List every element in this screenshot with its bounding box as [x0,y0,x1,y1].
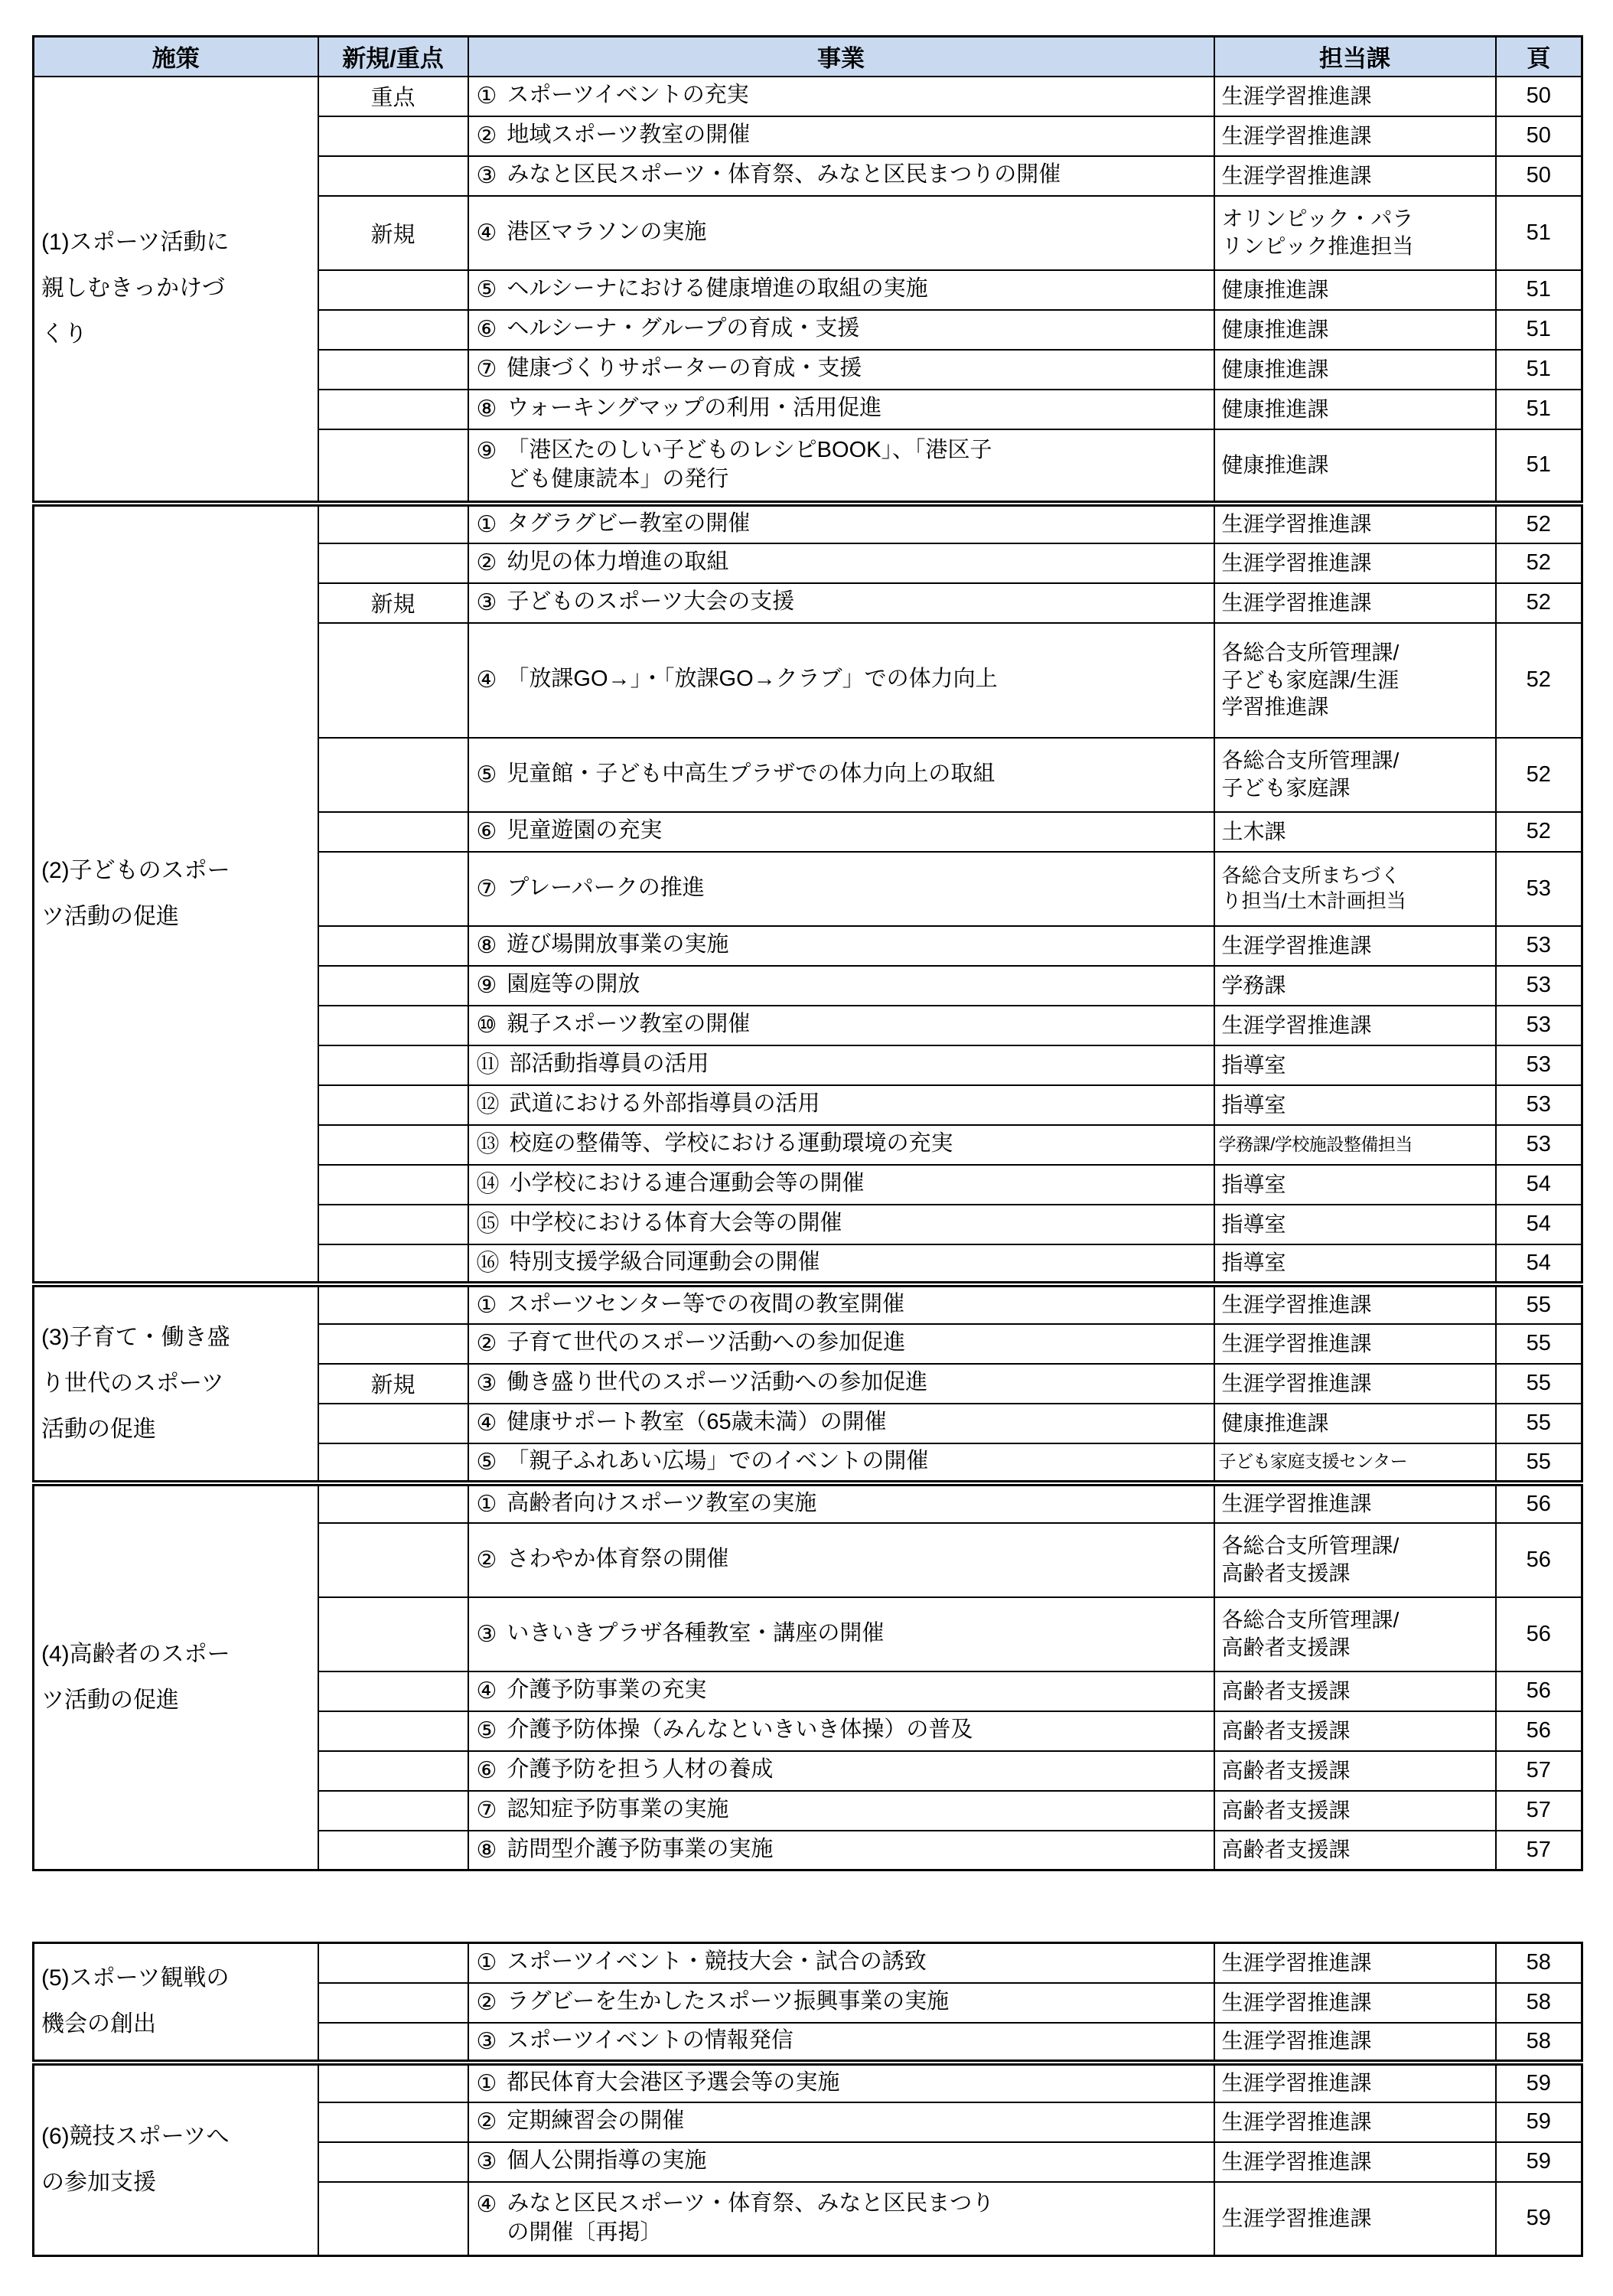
department-cell: 生涯学習推進課 [1214,156,1496,196]
new-priority-tag-cell [318,1983,468,2023]
program-wrap: ①スポーツイベント・競技大会・試合の誘致 [477,1948,1207,1978]
department-cell: 高齢者支援課 [1214,1711,1496,1751]
program-cell: ②ラグビーを生かしたスポーツ振興事業の実施 [468,1983,1214,2023]
policy-cell: (5)スポーツ観戦の 機会の創出 [34,1943,318,2063]
page-number-cell: 53 [1496,966,1582,1006]
program-wrap: ③いきいきプラザ各種教室・講座の開催 [477,1619,1207,1649]
program-wrap: ⑬校庭の整備等、学校における運動環境の充実 [477,1130,1207,1159]
program-title: 健康づくりサポーターの育成・支援 [507,354,862,383]
department-cell: 生涯学習推進課 [1214,116,1496,156]
program-cell: ②地域スポーツ教室の開催 [468,116,1214,156]
department-cell: 高齢者支援課 [1214,1791,1496,1831]
department-cell: 学務課/学校施設整備担当 [1214,1125,1496,1165]
program-title: 地域スポーツ教室の開催 [507,121,750,150]
page-number-cell: 58 [1496,2023,1582,2063]
header-col-dept: 担当課 [1214,37,1496,77]
department-cell: 生涯学習推進課 [1214,926,1496,966]
new-priority-tag-cell [318,1205,468,1244]
program-number: ④ [477,2190,497,2219]
department-cell: 各総合支所まちづく り担当/土木計画担当 [1214,852,1496,926]
program-title: 部活動指導員の活用 [510,1050,709,1079]
new-priority-tag-cell [318,926,468,966]
table-row: (2)子どものスポー ツ活動の促進①タグラグビー教室の開催生涯学習推進課52 [34,504,1582,543]
new-priority-tag-cell [318,1284,468,1324]
program-number: ⑯ [477,1248,500,1278]
program-cell: ⑥児童遊園の充実 [468,812,1214,852]
page-number-cell: 57 [1496,1791,1582,1831]
program-cell: ③いきいきプラザ各種教室・講座の開催 [468,1597,1214,1671]
program-title: 個人公開指導の実施 [507,2147,706,2176]
new-priority-tag-cell: 重点 [318,77,468,116]
new-priority-tag-cell [318,1324,468,1364]
program-number: ⑪ [477,1050,500,1080]
programs-table-1: 施策 新規/重点 事業 担当課 頁 (1)スポーツ活動に 親しむきっかけづ くり… [32,35,1583,1871]
program-title: 校庭の整備等、学校における運動環境の充実 [510,1130,953,1159]
page-number-cell: 59 [1496,2063,1582,2102]
new-priority-tag-cell [318,2102,468,2142]
program-title: 小学校における連合運動会等の開催 [510,1169,865,1199]
program-wrap: ⑩親子スポーツ教室の開催 [477,1010,1207,1040]
table-body-2: (5)スポーツ観戦の 機会の創出①スポーツイベント・競技大会・試合の誘致生涯学習… [34,1943,1582,2256]
program-wrap: ⑧訪問型介護予防事業の実施 [477,1835,1207,1865]
program-cell: ⑧遊び場開放事業の実施 [468,926,1214,966]
program-cell: ④港区マラソンの実施 [468,196,1214,270]
department-cell: 生涯学習推進課 [1214,1943,1496,1983]
department-cell: 生涯学習推進課 [1214,1483,1496,1523]
page-number-cell: 51 [1496,429,1582,504]
program-number: ⑭ [477,1169,500,1199]
program-number: ④ [477,665,497,695]
page-number-cell: 53 [1496,1125,1582,1165]
department-cell: 指導室 [1214,1165,1496,1205]
program-title: 遊び場開放事業の実施 [507,931,728,960]
program-cell: ④健康サポート教室（65歳未満）の開催 [468,1404,1214,1443]
new-priority-tag-cell [318,1597,468,1671]
program-cell: ①スポーツセンター等での夜間の教室開催 [468,1284,1214,1324]
program-title: 介護予防を担う人材の養成 [507,1756,773,1785]
program-cell: ③子どものスポーツ大会の支援 [468,583,1214,623]
program-title: スポーツセンター等での夜間の教室開催 [507,1290,904,1319]
program-title: 健康サポート教室（65歳未満）の開催 [507,1408,886,1437]
page-number-cell: 52 [1496,504,1582,543]
program-title: 定期練習会の開催 [507,2107,684,2136]
program-cell: ①スポーツイベントの充実 [468,77,1214,116]
department-cell: 健康推進課 [1214,270,1496,310]
policy-cell: (6)競技スポーツへ の参加支援 [34,2063,318,2256]
program-wrap: ②定期練習会の開催 [477,2107,1207,2137]
table-row: (6)競技スポーツへ の参加支援①都民体育大会港区予選会等の実施生涯学習推進課5… [34,2063,1582,2102]
program-number: ③ [477,1619,497,1649]
program-cell: ⑦認知症予防事業の実施 [468,1791,1214,1831]
page-number-cell: 53 [1496,1045,1582,1085]
program-title: みなと区民スポーツ・体育祭、みなと区民まつり の開催〔再掲〕 [507,2190,994,2247]
page-number-cell: 52 [1496,583,1582,623]
program-wrap: ①高齢者向けスポーツ教室の実施 [477,1489,1207,1519]
program-cell: ⑭小学校における連合運動会等の開催 [468,1165,1214,1205]
program-wrap: ⑥ヘルシーナ・グループの育成・支援 [477,315,1207,344]
program-cell: ⑫武道における外部指導員の活用 [468,1085,1214,1125]
page-number-cell: 57 [1496,1751,1582,1791]
program-number: ⑥ [477,315,497,344]
program-number: ② [477,121,497,151]
program-cell: ⑪部活動指導員の活用 [468,1045,1214,1085]
program-wrap: ⑭小学校における連合運動会等の開催 [477,1169,1207,1199]
department-cell: 生涯学習推進課 [1214,543,1496,583]
department-cell: 生涯学習推進課 [1214,583,1496,623]
department-cell: 指導室 [1214,1205,1496,1244]
program-number: ④ [477,1408,497,1438]
program-wrap: ⑥介護予防を担う人材の養成 [477,1756,1207,1786]
new-priority-tag-cell: 新規 [318,196,468,270]
program-wrap: ⑧遊び場開放事業の実施 [477,931,1207,960]
page-number-cell: 56 [1496,1671,1582,1711]
new-priority-tag-cell [318,738,468,812]
program-wrap: ⑤「親子ふれあい広場」でのイベントの開催 [477,1447,1207,1477]
program-title: 港区マラソンの実施 [507,218,706,247]
program-wrap: ③子どものスポーツ大会の支援 [477,588,1207,618]
department-cell: 生涯学習推進課 [1214,2023,1496,2063]
program-wrap: ⑨園庭等の開放 [477,970,1207,1000]
page-number-cell: 58 [1496,1983,1582,2023]
program-title: 中学校における体育大会等の開催 [510,1209,842,1238]
page-number-cell: 56 [1496,1483,1582,1523]
new-priority-tag-cell: 新規 [318,583,468,623]
policy-cell: (3)子育て・働き盛 り世代のスポーツ 活動の促進 [34,1284,318,1483]
program-title: 認知症予防事業の実施 [507,1795,728,1825]
new-priority-tag-cell [318,1523,468,1597]
table-row: (5)スポーツ観戦の 機会の創出①スポーツイベント・競技大会・試合の誘致生涯学習… [34,1943,1582,1983]
program-number: ① [477,2069,497,2099]
program-number: ① [477,1290,497,1320]
program-title: 子育て世代のスポーツ活動への参加促進 [507,1329,905,1358]
page-number-cell: 53 [1496,1006,1582,1045]
page-number-cell: 53 [1496,926,1582,966]
department-cell: 各総合支所管理課/ 高齢者支援課 [1214,1597,1496,1671]
new-priority-tag-cell [318,429,468,504]
program-title: 親子スポーツ教室の開催 [507,1010,750,1039]
program-number: ⑤ [477,275,497,305]
new-priority-tag-cell [318,504,468,543]
program-number: ① [477,510,497,540]
program-title: 武道における外部指導員の活用 [510,1090,820,1119]
new-priority-tag-cell [318,1711,468,1751]
program-cell: ⑦健康づくりサポーターの育成・支援 [468,350,1214,390]
department-cell: 生涯学習推進課 [1214,1006,1496,1045]
program-wrap: ⑯特別支援学級合同運動会の開催 [477,1248,1207,1278]
program-wrap: ④介護予防事業の充実 [477,1676,1207,1706]
program-cell: ①スポーツイベント・競技大会・試合の誘致 [468,1943,1214,1983]
new-priority-tag-cell [318,1085,468,1125]
page-number-cell: 50 [1496,116,1582,156]
page-number-cell: 52 [1496,623,1582,738]
page-number-cell: 59 [1496,2182,1582,2256]
program-cell: ⑦プレーパークの推進 [468,852,1214,926]
program-number: ③ [477,2027,497,2056]
policy-cell: (2)子どものスポー ツ活動の促進 [34,504,318,1284]
program-cell: ②幼児の体力増進の取組 [468,543,1214,583]
page-number-cell: 51 [1496,196,1582,270]
programs-table-2: (5)スポーツ観戦の 機会の創出①スポーツイベント・競技大会・試合の誘致生涯学習… [32,1942,1583,2257]
new-priority-tag-cell [318,543,468,583]
new-priority-tag-cell [318,2182,468,2256]
department-cell: 生涯学習推進課 [1214,1364,1496,1404]
program-wrap: ⑤児童館・子ども中高生プラザでの体力向上の取組 [477,760,1207,790]
page-number-cell: 53 [1496,852,1582,926]
department-cell: 健康推進課 [1214,310,1496,350]
program-wrap: ③スポーツイベントの情報発信 [477,2027,1207,2056]
department-cell: 生涯学習推進課 [1214,1983,1496,2023]
page-number-cell: 51 [1496,390,1582,429]
program-wrap: ⑧ウォーキングマップの利用・活用促進 [477,394,1207,424]
program-title: さわやか体育祭の開催 [507,1545,728,1574]
program-title: スポーツイベント・競技大会・試合の誘致 [507,1948,926,1977]
program-number: ⑤ [477,1716,497,1746]
program-cell: ⑧訪問型介護予防事業の実施 [468,1831,1214,1870]
new-priority-tag-cell [318,1483,468,1523]
header-row: 施策 新規/重点 事業 担当課 頁 [34,37,1582,77]
program-number: ③ [477,588,497,618]
department-cell: 学務課 [1214,966,1496,1006]
program-wrap: ②地域スポーツ教室の開催 [477,121,1207,151]
department-cell: 高齢者支援課 [1214,1831,1496,1870]
program-wrap: ⑤ヘルシーナにおける健康増進の取組の実施 [477,275,1207,305]
program-wrap: ①スポーツセンター等での夜間の教室開催 [477,1290,1207,1320]
program-number: ⑨ [477,436,497,466]
program-wrap: ⑫武道における外部指導員の活用 [477,1090,1207,1120]
program-cell: ⑨園庭等の開放 [468,966,1214,1006]
new-priority-tag-cell [318,1045,468,1085]
program-title: 園庭等の開放 [507,970,640,1000]
program-number: ⑮ [477,1209,500,1239]
table-row: (3)子育て・働き盛 り世代のスポーツ 活動の促進①スポーツセンター等での夜間の… [34,1284,1582,1324]
program-title: スポーツイベントの情報発信 [507,2027,793,2056]
program-cell: ②さわやか体育祭の開催 [468,1523,1214,1597]
document-page: 施策 新規/重点 事業 担当課 頁 (1)スポーツ活動に 親しむきっかけづ くり… [0,0,1613,2296]
table-gap [32,1871,1581,1942]
new-priority-tag-cell [318,1125,468,1165]
program-wrap: ②ラグビーを生かしたスポーツ振興事業の実施 [477,1988,1207,2017]
program-title: 幼児の体力増進の取組 [507,548,728,577]
program-cell: ⑥介護予防を担う人材の養成 [468,1751,1214,1791]
policy-cell: (4)高齢者のスポー ツ活動の促進 [34,1483,318,1870]
header-col-page: 頁 [1496,37,1582,77]
department-cell: 各総合支所管理課/ 子ども家庭課 [1214,738,1496,812]
program-number: ⑦ [477,1795,497,1825]
program-wrap: ③個人公開指導の実施 [477,2147,1207,2177]
program-number: ② [477,1329,497,1358]
program-cell: ⑤「親子ふれあい広場」でのイベントの開催 [468,1443,1214,1483]
department-cell: 生涯学習推進課 [1214,2142,1496,2182]
new-priority-tag-cell [318,1943,468,1983]
program-number: ⑦ [477,874,497,904]
page-number-cell: 50 [1496,77,1582,116]
program-title: みなと区民スポーツ・体育祭、みなと区民まつりの開催 [507,161,1061,190]
program-wrap: ②さわやか体育祭の開催 [477,1545,1207,1575]
table-header: 施策 新規/重点 事業 担当課 頁 [34,37,1582,77]
program-wrap: ③働き盛り世代のスポーツ活動への参加促進 [477,1368,1207,1398]
program-title: 「親子ふれあい広場」でのイベントの開催 [507,1447,928,1476]
page-number-cell: 59 [1496,2142,1582,2182]
department-cell: 各総合支所管理課/ 高齢者支援課 [1214,1523,1496,1597]
new-priority-tag-cell [318,1443,468,1483]
header-col-policy: 施策 [34,37,318,77]
program-cell: ⑤児童館・子ども中高生プラザでの体力向上の取組 [468,738,1214,812]
page-number-cell: 52 [1496,812,1582,852]
table-body-1: (1)スポーツ活動に 親しむきっかけづ くり重点①スポーツイベントの充実生涯学習… [34,77,1582,1870]
program-number: ③ [477,1368,497,1398]
new-priority-tag-cell [318,1791,468,1831]
program-title: 「港区たのしい子どものレシピBOOK」、「港区子 ども健康読本」の発行 [507,436,992,494]
new-priority-tag-cell [318,270,468,310]
program-number: ④ [477,1676,497,1706]
program-cell: ②定期練習会の開催 [468,2102,1214,2142]
program-cell: ⑬校庭の整備等、学校における運動環境の充実 [468,1125,1214,1165]
program-number: ② [477,1545,497,1575]
department-cell: 健康推進課 [1214,350,1496,390]
department-cell: 生涯学習推進課 [1214,2182,1496,2256]
program-number: ① [477,1948,497,1978]
department-cell: 生涯学習推進課 [1214,1284,1496,1324]
program-number: ⑤ [477,760,497,790]
program-wrap: ④健康サポート教室（65歳未満）の開催 [477,1408,1207,1438]
program-cell: ⑯特別支援学級合同運動会の開催 [468,1244,1214,1284]
program-wrap: ⑤介護予防体操（みんなといきいき体操）の普及 [477,1716,1207,1746]
program-title: 子どものスポーツ大会の支援 [507,588,794,617]
program-wrap: ④港区マラソンの実施 [477,218,1207,248]
new-priority-tag-cell [318,812,468,852]
program-number: ③ [477,161,497,191]
department-cell: オリンピック・パラ リンピック推進担当 [1214,196,1496,270]
program-title: ヘルシーナ・グループの育成・支援 [507,315,859,344]
program-number: ② [477,1988,497,2017]
program-title: 介護予防体操（みんなといきいき体操）の普及 [507,1716,973,1745]
program-wrap: ①都民体育大会港区予選会等の実施 [477,2069,1207,2099]
page-number-cell: 59 [1496,2102,1582,2142]
program-title: 「放課GO→」・「放課GO→クラブ」での体力向上 [507,665,997,694]
program-wrap: ④「放課GO→」・「放課GO→クラブ」での体力向上 [477,665,1207,695]
department-cell: 生涯学習推進課 [1214,504,1496,543]
page-number-cell: 51 [1496,270,1582,310]
new-priority-tag-cell [318,1404,468,1443]
department-cell: 生涯学習推進課 [1214,2102,1496,2142]
page-number-cell: 52 [1496,738,1582,812]
program-cell: ⑨「港区たのしい子どものレシピBOOK」、「港区子 ども健康読本」の発行 [468,429,1214,504]
department-cell: 指導室 [1214,1045,1496,1085]
department-cell: 生涯学習推進課 [1214,2063,1496,2102]
department-cell: 健康推進課 [1214,390,1496,429]
program-wrap: ⑥児童遊園の充実 [477,817,1207,846]
program-cell: ④みなと区民スポーツ・体育祭、みなと区民まつり の開催〔再掲〕 [468,2182,1214,2256]
page-number-cell: 52 [1496,543,1582,583]
new-priority-tag-cell [318,1751,468,1791]
program-title: 児童館・子ども中高生プラザでの体力向上の取組 [507,760,995,789]
program-cell: ⑥ヘルシーナ・グループの育成・支援 [468,310,1214,350]
program-number: ⑬ [477,1130,500,1159]
department-cell: 生涯学習推進課 [1214,77,1496,116]
program-title: ヘルシーナにおける健康増進の取組の実施 [507,275,927,304]
new-priority-tag-cell [318,2023,468,2063]
new-priority-tag-cell [318,2142,468,2182]
page-number-cell: 55 [1496,1404,1582,1443]
program-cell: ⑧ウォーキングマップの利用・活用促進 [468,390,1214,429]
program-number: ③ [477,2147,497,2177]
header-col-program: 事業 [468,37,1214,77]
page-number-cell: 53 [1496,1085,1582,1125]
page-number-cell: 55 [1496,1284,1582,1324]
program-number: ④ [477,218,497,248]
program-number: ⑥ [477,1756,497,1786]
program-wrap: ⑦認知症予防事業の実施 [477,1795,1207,1825]
program-cell: ①都民体育大会港区予選会等の実施 [468,2063,1214,2102]
table-row: (4)高齢者のスポー ツ活動の促進①高齢者向けスポーツ教室の実施生涯学習推進課5… [34,1483,1582,1523]
department-cell: 子ども家庭支援センター [1214,1443,1496,1483]
new-priority-tag-cell [318,2063,468,2102]
new-priority-tag-cell [318,1006,468,1045]
table-row: (1)スポーツ活動に 親しむきっかけづ くり重点①スポーツイベントの充実生涯学習… [34,77,1582,116]
page-number-cell: 54 [1496,1244,1582,1284]
page-number-cell: 50 [1496,156,1582,196]
program-cell: ③スポーツイベントの情報発信 [468,2023,1214,2063]
program-title: スポーツイベントの充実 [507,81,748,110]
program-number: ② [477,548,497,578]
page-number-cell: 57 [1496,1831,1582,1870]
program-number: ① [477,81,497,111]
program-title: 介護予防事業の充実 [507,1676,706,1705]
page-number-cell: 54 [1496,1165,1582,1205]
header-col-tag: 新規/重点 [318,37,468,77]
program-cell: ③働き盛り世代のスポーツ活動への参加促進 [468,1364,1214,1404]
new-priority-tag-cell [318,1244,468,1284]
program-cell: ⑮中学校における体育大会等の開催 [468,1205,1214,1244]
program-title: 児童遊園の充実 [507,817,662,846]
program-title: 訪問型介護予防事業の実施 [507,1835,773,1864]
department-cell: 高齢者支援課 [1214,1751,1496,1791]
program-cell: ①タグラグビー教室の開催 [468,504,1214,543]
page-number-cell: 55 [1496,1443,1582,1483]
program-wrap: ⑮中学校における体育大会等の開催 [477,1209,1207,1239]
program-wrap: ⑨「港区たのしい子どものレシピBOOK」、「港区子 ども健康読本」の発行 [477,436,1207,494]
program-title: 働き盛り世代のスポーツ活動への参加促進 [507,1368,927,1397]
page-number-cell: 55 [1496,1324,1582,1364]
department-cell: 指導室 [1214,1244,1496,1284]
program-wrap: ①スポーツイベントの充実 [477,81,1207,111]
program-cell: ⑤介護予防体操（みんなといきいき体操）の普及 [468,1711,1214,1751]
program-number: ⑧ [477,1835,497,1865]
program-title: いきいきプラザ各種教室・講座の開催 [507,1619,884,1649]
page-number-cell: 55 [1496,1364,1582,1404]
program-wrap: ⑦健康づくりサポーターの育成・支援 [477,354,1207,384]
program-title: 高齢者向けスポーツ教室の実施 [507,1489,816,1518]
new-priority-tag-cell [318,966,468,1006]
new-priority-tag-cell [318,852,468,926]
new-priority-tag-cell: 新規 [318,1364,468,1404]
page-number-cell: 56 [1496,1597,1582,1671]
program-number: ② [477,2107,497,2137]
page-number-cell: 51 [1496,310,1582,350]
new-priority-tag-cell [318,1165,468,1205]
new-priority-tag-cell [318,156,468,196]
program-cell: ②子育て世代のスポーツ活動への参加促進 [468,1324,1214,1364]
program-title: ラグビーを生かしたスポーツ振興事業の実施 [507,1988,949,2017]
program-number: ⑨ [477,970,497,1000]
program-wrap: ②幼児の体力増進の取組 [477,548,1207,578]
department-cell: 指導室 [1214,1085,1496,1125]
page-number-cell: 51 [1496,350,1582,390]
department-cell: 各総合支所管理課/ 子ども家庭課/生涯 学習推進課 [1214,623,1496,738]
program-number: ⑧ [477,394,497,424]
program-cell: ③個人公開指導の実施 [468,2142,1214,2182]
department-cell: 土木課 [1214,812,1496,852]
